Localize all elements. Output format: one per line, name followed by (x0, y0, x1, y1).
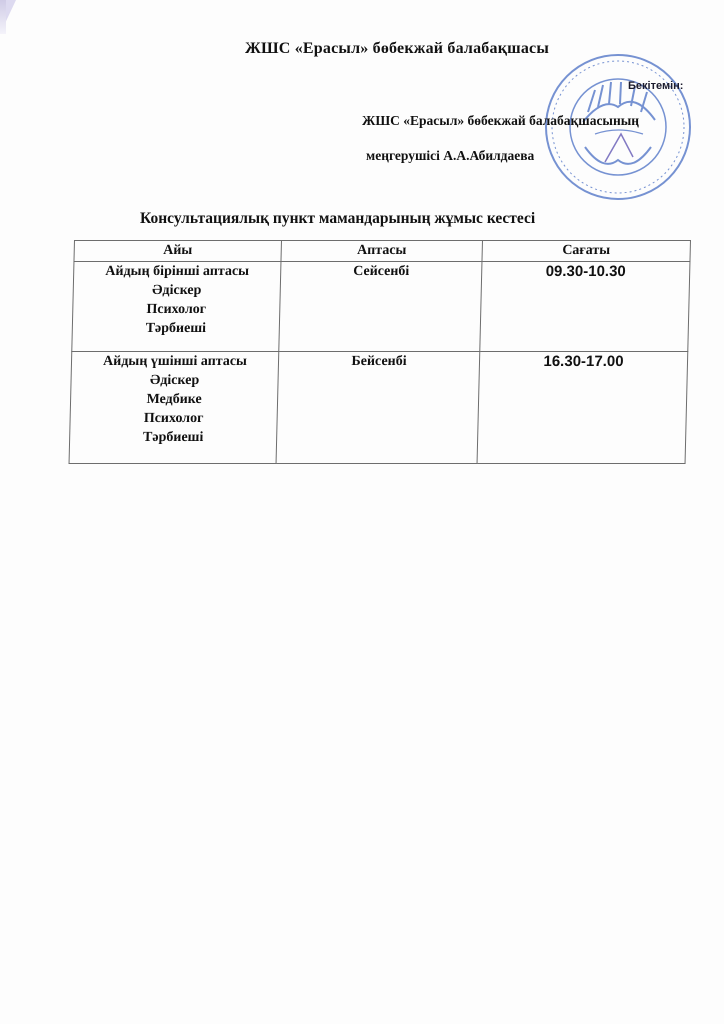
table-row: Айдың үшінші аптасы Әдіскер Медбике Псих… (69, 352, 688, 464)
specialist: Әдіскер (74, 281, 280, 300)
approved-label: Бекітемін: (628, 80, 683, 92)
page-corner-shadow (0, 0, 6, 34)
week-label: Айдың үшінші аптасы (72, 352, 278, 371)
column-header-time: Сағаты (482, 241, 691, 262)
time-cell: 09.30-10.30 (480, 262, 690, 352)
time-cell: 16.30-17.00 (477, 352, 688, 464)
month-cell: Айдың үшінші аптасы Әдіскер Медбике Псих… (69, 352, 279, 464)
approver-name: меңгерушісі А.А.Абилдаева (366, 148, 534, 164)
document-header-title: ЖШС «Ерасыл» бөбекжай балабақшасы (0, 40, 724, 58)
table-row: Айдың бірінші аптасы Әдіскер Психолог Тә… (72, 262, 690, 352)
schedule-table: Айы Аптасы Сағаты Айдың бірінші аптасы Ә… (69, 240, 691, 464)
column-header-week: Аптасы (281, 241, 483, 262)
day-cell: Сейсенбі (279, 262, 482, 352)
specialist: Психолог (73, 300, 279, 319)
specialist: Психолог (70, 409, 276, 428)
document-subtitle: Консультациялық пункт мамандарының жұмыс… (140, 210, 535, 228)
approver-organization: ЖШС «Ерасыл» бөбекжай балабақшасының (362, 113, 639, 129)
specialist: Әдіскер (71, 371, 277, 390)
month-cell: Айдың бірінші аптасы Әдіскер Психолог Тә… (72, 262, 281, 352)
table-header-row: Айы Аптасы Сағаты (74, 241, 691, 262)
specialist: Тәрбиеші (73, 319, 279, 338)
specialist: Медбике (71, 390, 277, 409)
header-title-text: ЖШС «Ерасыл» бөбекжай балабақшасы (245, 40, 549, 57)
day-cell: Бейсенбі (276, 352, 480, 464)
specialist: Тәрбиеші (70, 428, 276, 447)
week-label: Айдың бірінші аптасы (74, 262, 280, 281)
column-header-month: Айы (74, 241, 282, 262)
